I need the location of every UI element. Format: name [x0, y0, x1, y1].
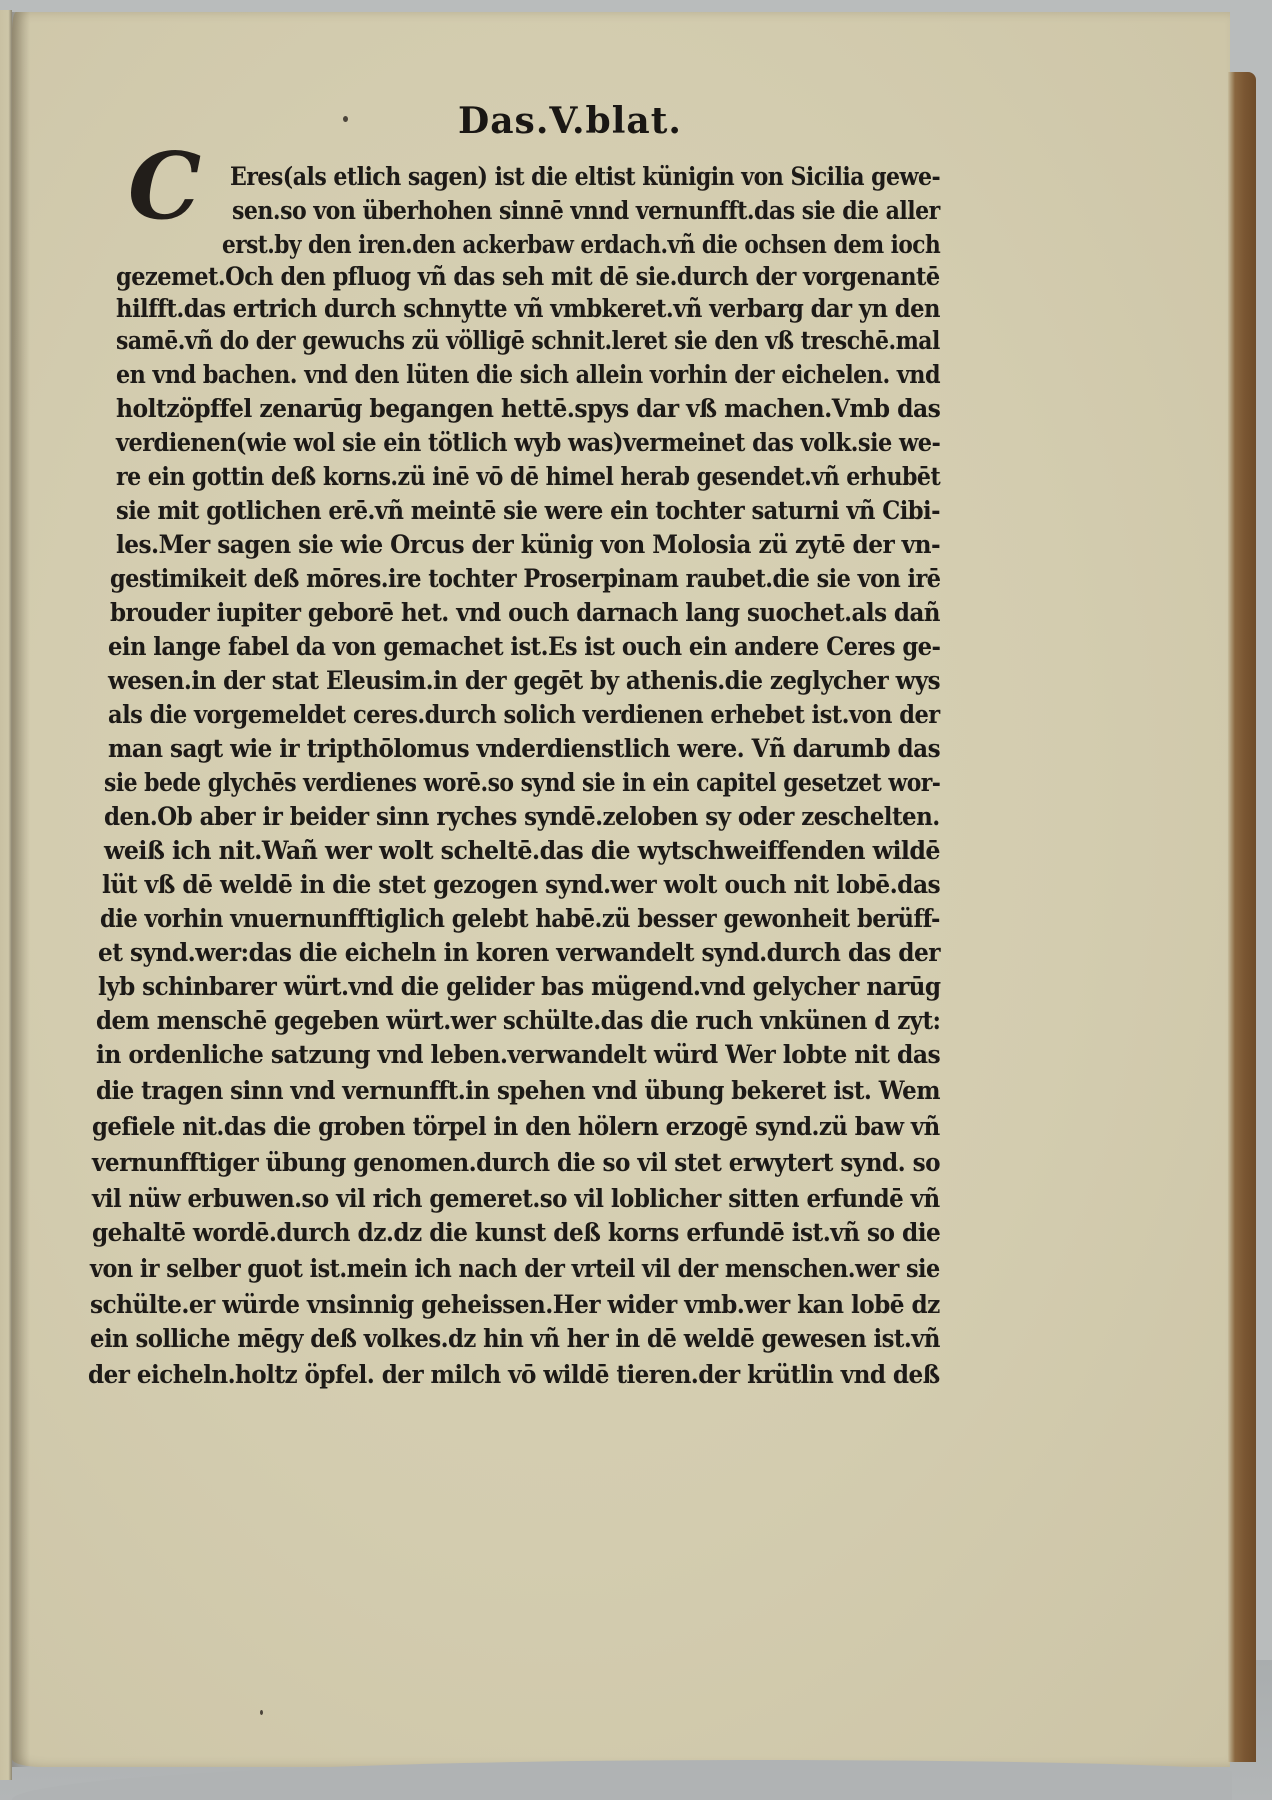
text-line: schülte.er würde vnsinnig geheissen.Her … [90, 1290, 940, 1320]
text-line: weiß ich nit.Wañ wer wolt scheltē.das di… [104, 836, 940, 866]
gutter-shadow [12, 12, 30, 1767]
text-line: gezemet.Och den pfluog vñ das seh mit dē… [116, 262, 940, 292]
text-line: lüt vß dē weldē in die stet gezogen synd… [102, 870, 940, 900]
text-line: gehaltē wordē.durch dz.dz die kunst deß … [92, 1218, 940, 1248]
text-line: brouder iupiter geborē het. vnd ouch dar… [110, 598, 940, 628]
text-line: der eicheln.holtz öpfel. der milch vō wi… [88, 1360, 940, 1390]
ink-speck [260, 1710, 263, 1715]
book-fore-edge [1228, 72, 1256, 1762]
text-line: les.Mer sagen sie wie Orcus der künig vo… [116, 530, 940, 560]
text-line: samē.vñ do der gewuchs zü völligē schnit… [116, 326, 940, 356]
text-line: wesen.in der stat Eleusim.in der gegēt b… [108, 666, 940, 696]
text-line: Eres(als etlich sagen) ist die eltist kü… [230, 162, 940, 192]
text-line: holtzöpffel zenarūg begangen hettē.spys … [116, 394, 940, 424]
text-line: in ordenliche satzung vnd leben.verwande… [96, 1040, 940, 1070]
text-line: verdienen(wie wol sie ein tötlich wyb wa… [116, 428, 940, 458]
text-line: erst.by den iren.den ackerbaw erdach.vñ … [222, 230, 940, 260]
text-line: re ein gottin deß korns.zü inē vō dē him… [116, 462, 940, 492]
text-line: von ir selber guot ist.mein ich nach der… [90, 1254, 940, 1284]
text-line: als die vorgemeldet ceres.durch solich v… [108, 700, 940, 730]
text-line: die vorhin vnuernunfftiglich gelebt habē… [100, 904, 940, 934]
text-line: sie mit gotlichen erē.vñ meintē sie were… [116, 496, 940, 526]
drop-cap-initial: C [128, 140, 201, 232]
running-head: Das.V.blat. [458, 100, 682, 142]
text-line: man sagt wie ir tripthōlomus vnderdienst… [108, 734, 940, 764]
text-line: ein lange fabel da von gemachet ist.Es i… [108, 632, 940, 662]
text-line: gefiele nit.das die groben törpel in den… [92, 1112, 940, 1142]
text-line: hilfft.das ertrich durch schnytte vñ vmb… [116, 294, 940, 324]
text-line: gestimikeit deß mōres.ire tochter Proser… [110, 564, 940, 594]
text-line: die tragen sinn vnd vernunfft.in spehen … [96, 1076, 940, 1106]
text-line: vernunfftiger übung genomen.durch die so… [92, 1148, 940, 1178]
text-line: et synd.wer:das die eicheln in koren ver… [98, 938, 940, 968]
text-line: ein solliche mēgy deß volkes.dz hin vñ h… [90, 1324, 940, 1354]
text-line: dem menschē gegeben würt.wer schülte.das… [96, 1006, 940, 1036]
ink-speck [343, 116, 348, 122]
facing-page-edge [0, 10, 12, 1780]
text-line: sie bede glychēs verdienes worē.so synd … [104, 768, 940, 798]
text-line: vil nüw erbuwen.so vil rich gemeret.so v… [92, 1184, 940, 1214]
text-line: lyb schinbarer würt.vnd die gelider bas … [98, 972, 940, 1002]
text-line: sen.so von überhohen sinnē vnnd vernunff… [232, 196, 940, 226]
text-line: den.Ob aber ir beider sinn ryches syndē.… [104, 802, 940, 832]
text-line: en vnd bachen. vnd den lüten die sich al… [116, 360, 940, 390]
